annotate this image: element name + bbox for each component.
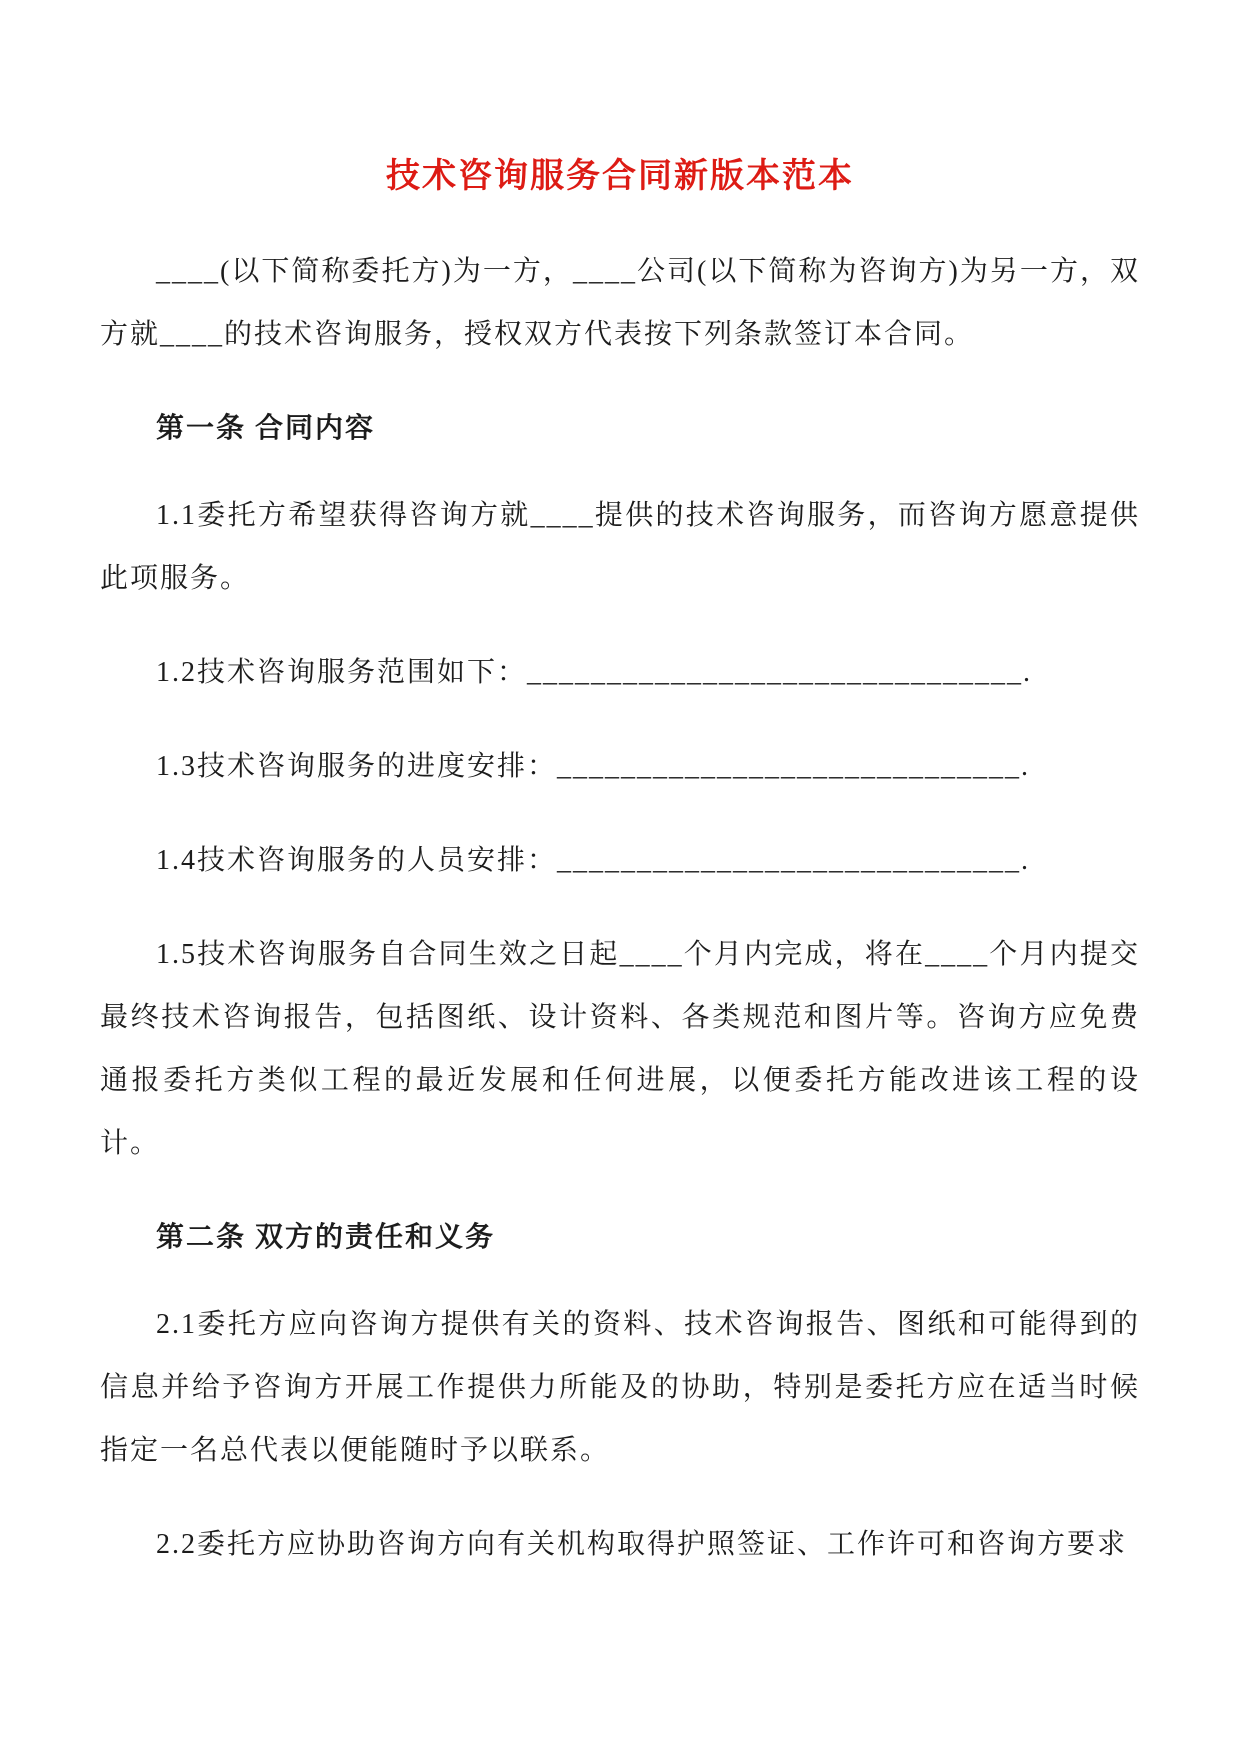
article-2-heading: 第二条 双方的责任和义务 [100,1206,1140,1269]
clause-1-4: 1.4技术咨询服务的人员安排：_________________________… [100,829,1140,892]
clause-1-1: 1.1委托方希望获得咨询方就____提供的技术咨询服务，而咨询方愿意提供此项服务… [100,484,1140,610]
clause-2-2: 2.2委托方应协助咨询方向有关机构取得护照签证、工作许可和咨询方要求 [100,1513,1140,1576]
clause-1-2: 1.2技术咨询服务范围如下：__________________________… [100,641,1140,704]
document-title: 技术咨询服务合同新版本范本 [100,145,1140,208]
article-1-heading: 第一条 合同内容 [100,397,1140,460]
clause-2-1: 2.1委托方应向咨询方提供有关的资料、技术咨询报告、图纸和可能得到的信息并给予咨… [100,1293,1140,1482]
intro-paragraph: ____(以下简称委托方)为一方，____公司(以下简称为咨询方)为另一方，双方… [100,240,1140,366]
clause-1-5: 1.5技术咨询服务自合同生效之日起____个月内完成，将在____个月内提交最终… [100,923,1140,1175]
clause-1-3: 1.3技术咨询服务的进度安排：_________________________… [100,735,1140,798]
document-page: 技术咨询服务合同新版本范本 ____(以下简称委托方)为一方，____公司(以下… [0,0,1240,1753]
